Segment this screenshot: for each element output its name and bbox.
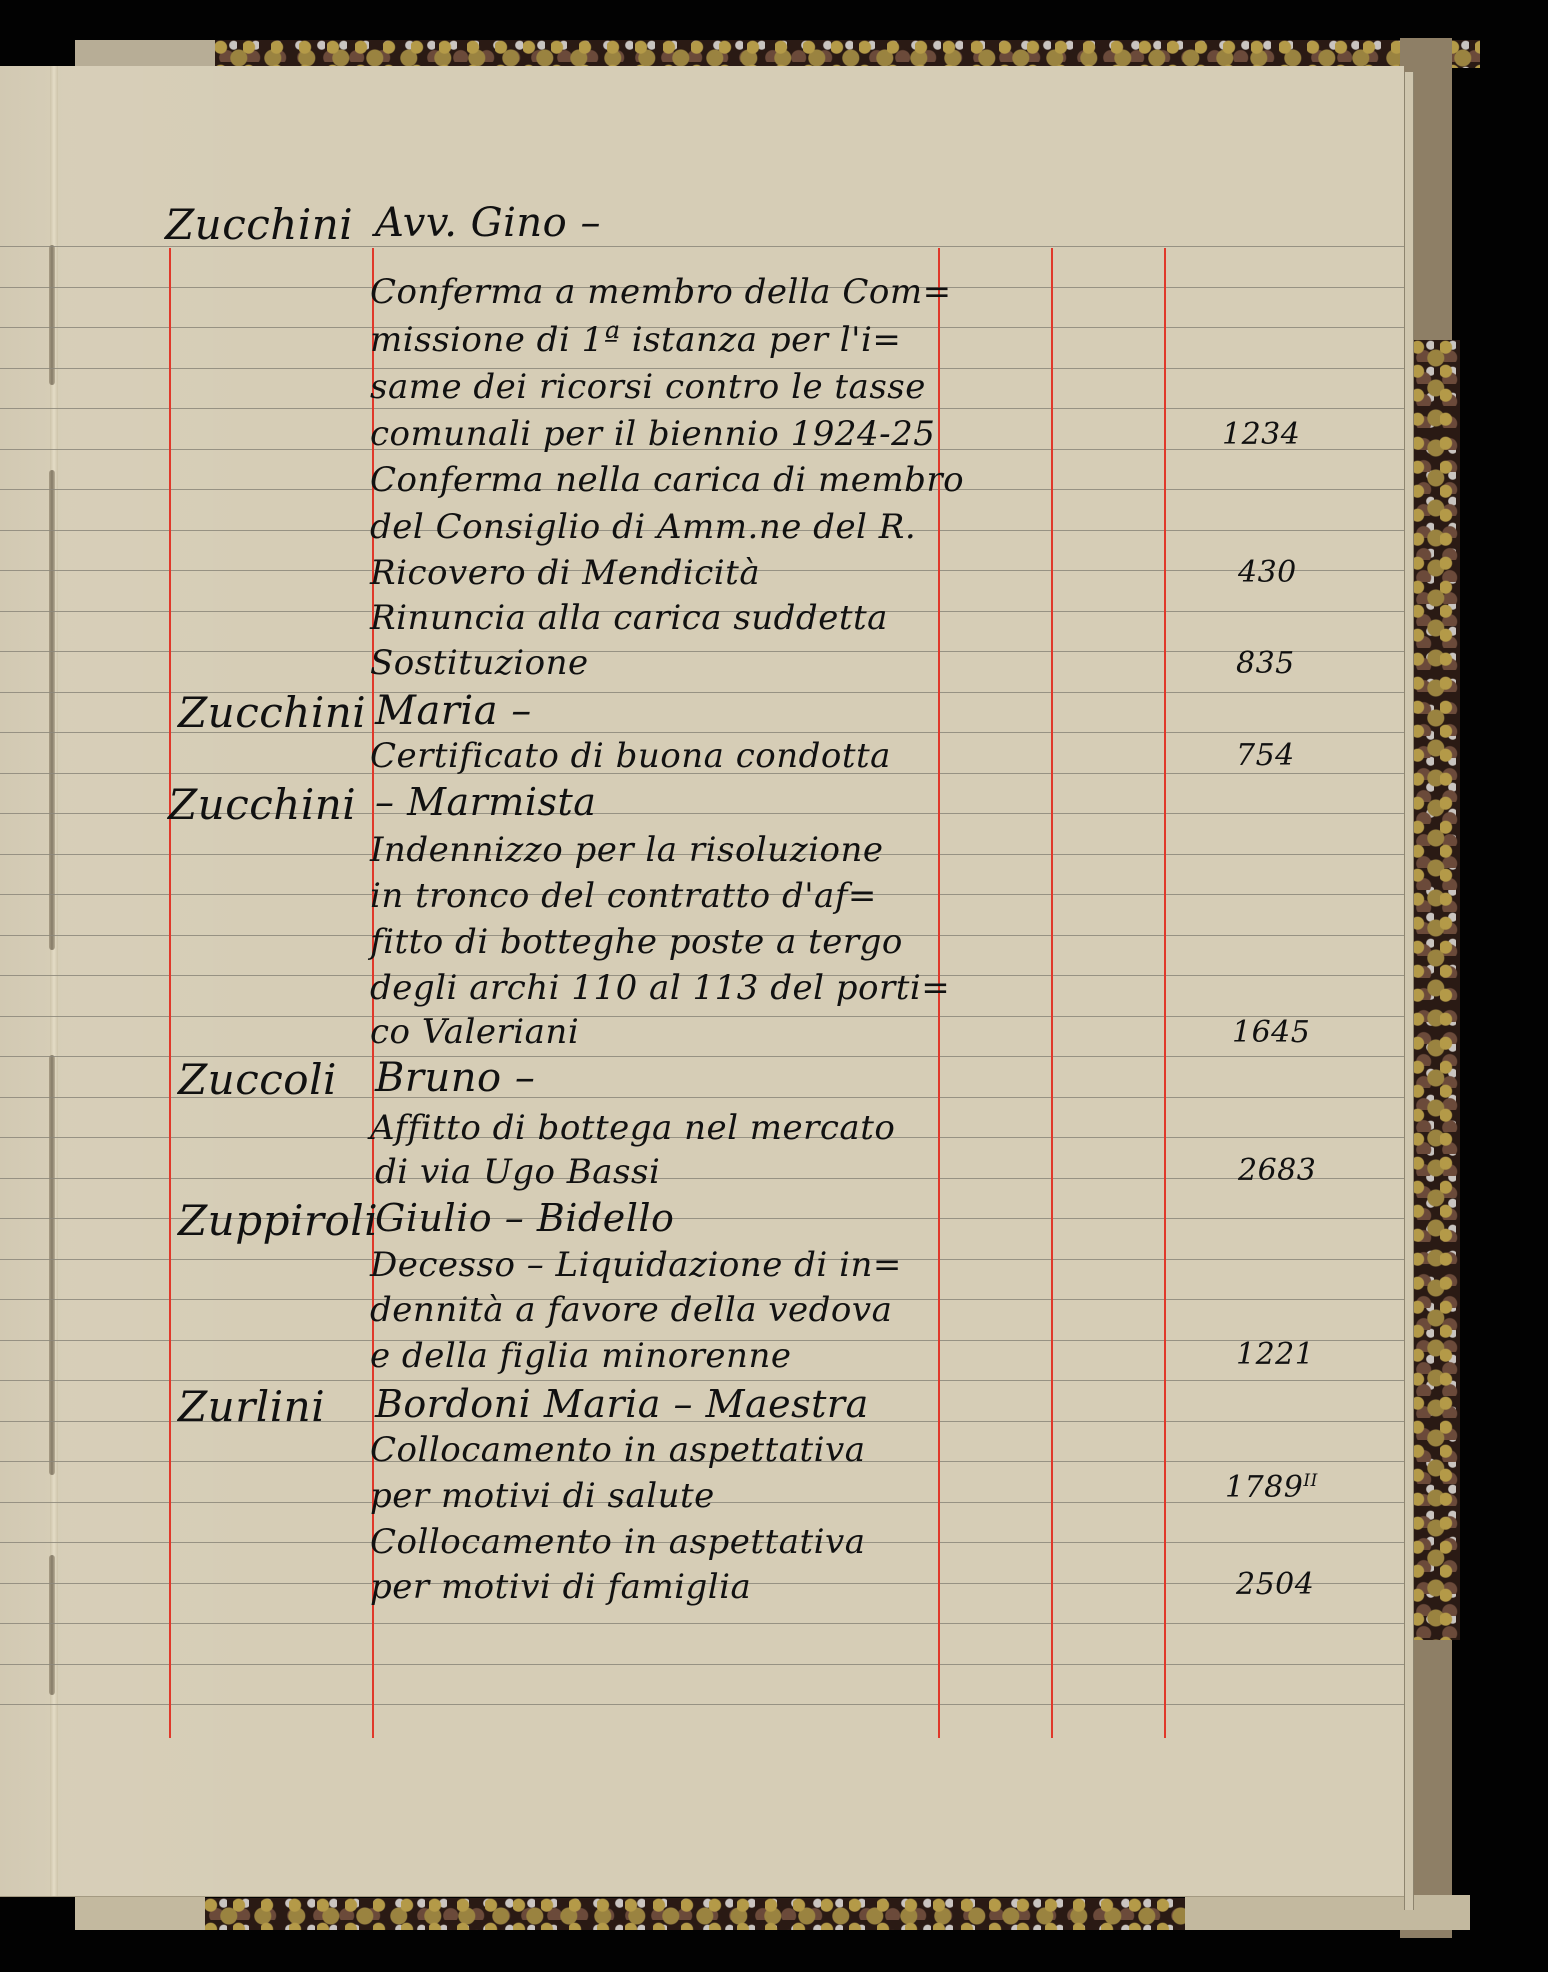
entry-surname: Zucchini: [178, 688, 366, 737]
entry-line: Collocamento in aspettativa: [370, 1522, 866, 1562]
marbled-cover-top: [215, 40, 1480, 68]
entry-line: Sostituzione: [370, 643, 589, 683]
entry-line: co Valeriani: [370, 1012, 579, 1052]
page-stack-edge: [1404, 72, 1414, 1910]
binding-stitch: [49, 1055, 55, 1475]
entry-given-name: Giulio – Bidello: [375, 1196, 674, 1240]
entry-line: Decesso – Liquidazione di in=: [370, 1245, 902, 1285]
entry-reference-number: 1645: [1232, 1015, 1310, 1050]
entry-line: Affitto di bottega nel mercato: [370, 1108, 895, 1148]
entry-reference-number: 1789II: [1225, 1470, 1318, 1505]
entry-line: per motivi di salute: [370, 1476, 715, 1516]
volume-superscript: II: [1303, 1471, 1317, 1491]
leather-corner-bottom-left: [75, 1895, 205, 1930]
entry-line: fitto di botteghe poste a tergo: [370, 922, 903, 962]
ruled-line: [0, 1704, 1404, 1705]
entry-line: di via Ugo Bassi: [375, 1152, 660, 1192]
entry-line: comunali per il biennio 1924-25: [370, 414, 935, 454]
marbled-cover-bottom: [205, 1898, 1185, 1930]
ruled-line: [0, 1380, 1404, 1381]
entry-given-name: – Marmista: [375, 780, 596, 824]
entry-reference-number: 754: [1236, 738, 1295, 773]
entry-reference-number: 835: [1236, 646, 1295, 681]
ruled-line: [0, 1623, 1404, 1624]
entry-reference-number: 1234: [1222, 417, 1300, 452]
entry-line: per motivi di famiglia: [370, 1567, 751, 1607]
column-rule-ref: [1164, 248, 1166, 1738]
entry-line: in tronco del contratto d'af=: [370, 876, 877, 916]
ruled-line: [0, 1178, 1404, 1179]
entry-line: dennità a favore della vedova: [370, 1290, 892, 1330]
ruled-line: [0, 651, 1404, 652]
ruled-line: [0, 1016, 1404, 1017]
entry-line: same dei ricorsi contro le tasse: [370, 367, 926, 407]
entry-surname: Zuccoli: [178, 1055, 337, 1104]
entry-line: Collocamento in aspettativa: [370, 1430, 866, 1470]
leather-corner-bottom-right: [1185, 1895, 1470, 1930]
ruled-line: [0, 1664, 1404, 1665]
binding-stitch: [49, 245, 55, 385]
entry-line: Rinuncia alla carica suddetta: [370, 598, 888, 638]
binding-stitch: [49, 470, 55, 950]
entry-line: Ricovero di Mendicità: [370, 553, 760, 593]
leather-corner-top-left: [75, 40, 215, 68]
entry-line: del Consiglio di Amm.ne del R.: [370, 507, 916, 547]
entry-given-name: Bruno –: [375, 1055, 535, 1101]
entry-given-name: Bordoni Maria – Maestra: [375, 1382, 869, 1426]
entry-reference-number: 1221: [1236, 1337, 1314, 1372]
marbled-cover-right: [1412, 340, 1460, 1640]
entry-line: Certificato di buona condotta: [370, 736, 891, 776]
entry-line: Indennizzo per la risoluzione: [370, 830, 883, 870]
column-rule-mid: [1051, 248, 1053, 1738]
entry-surname: Zucchini: [168, 780, 356, 829]
entry-surname: Zuppiroli: [178, 1196, 378, 1245]
entry-reference-number: 2504: [1236, 1567, 1314, 1602]
entry-surname: Zucchini: [165, 200, 353, 249]
entry-given-name: Maria –: [375, 688, 532, 734]
entry-line: degli archi 110 al 113 del porti=: [370, 968, 950, 1008]
ruled-line: [0, 408, 1404, 409]
binding-stitch: [49, 1555, 55, 1695]
entry-line: e della figlia minorenne: [370, 1336, 791, 1376]
column-rule-left: [169, 248, 171, 1738]
entry-surname: Zurlini: [178, 1382, 325, 1431]
entry-line: Conferma nella carica di membro: [370, 460, 964, 500]
entry-reference-number: 2683: [1238, 1153, 1316, 1188]
entry-line: Conferma a membro della Com=: [370, 272, 952, 312]
entry-given-name: Avv. Gino –: [375, 200, 601, 246]
entry-reference-number: 430: [1238, 555, 1297, 590]
entry-line: missione di 1ª istanza per l'i=: [370, 320, 901, 360]
